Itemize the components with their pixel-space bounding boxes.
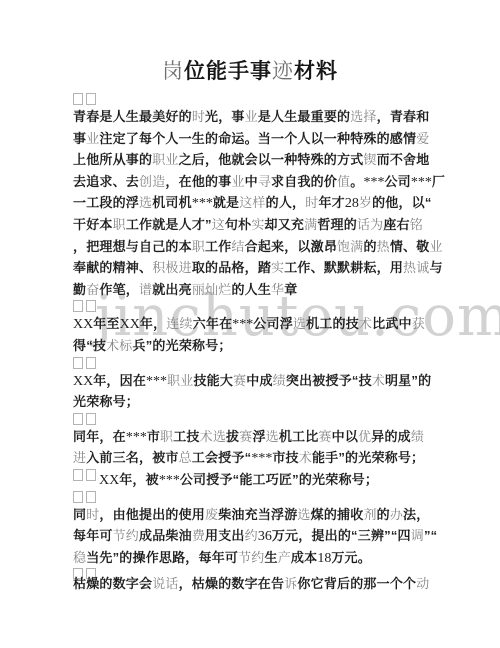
text-segment-light: 赛 [233, 373, 246, 388]
text-segment: 机工比 [279, 429, 319, 444]
text-segment-light: 选 [139, 195, 152, 210]
text-segment: 每年可 [73, 528, 113, 543]
text-line: XX年，因在***职业技能大赛中成绩突出被授予“技术明星”的 [73, 370, 435, 392]
latin-text: XX [99, 473, 119, 488]
text-line: ，把理想与自己的本职工作结合起来，以激昂饱满的热情、敬业 [73, 236, 435, 258]
text-segment: 的 [377, 507, 390, 522]
text-line: 每年可节约成品柴油费用支出约36万元，提出的“三辨”“四调”“ [73, 525, 435, 547]
text-segment: ，由他提出的使用 [99, 507, 205, 522]
text-line: 去追求、去创造，在他的事业中寻求自我的价值。***公司***厂 [73, 171, 435, 193]
placeholder-line [73, 300, 435, 313]
text-segment: 柴油充当浮游 [218, 507, 297, 522]
text-segment-light: 热诚 [403, 260, 429, 275]
text-segment-light: 赛 [239, 429, 252, 444]
text-segment: 机工的技 [306, 316, 359, 331]
placeholder-line [73, 93, 435, 106]
text-segment-light: 绩 [273, 373, 286, 388]
text-segment: 材料 [294, 60, 338, 83]
text-segment-light: 职业 [167, 373, 193, 388]
latin-text: 18 [317, 551, 331, 566]
text-segment: 一工段的浮 [73, 195, 139, 210]
text-segment-light: 总 [179, 450, 192, 465]
text-segment: ，把理想与自己的本 [73, 239, 192, 254]
text-segment: 36万元，提出的“三辨”“四 [258, 528, 411, 543]
text-segment: ，在他的事 [165, 174, 231, 189]
text-segment-light: 实 [271, 260, 284, 275]
text-segment-light: 华 [271, 282, 284, 297]
text-segment: 用支出 [205, 528, 245, 543]
text-segment: 当先”的操作思路，每年可 [86, 550, 238, 565]
text-segment: 入前三名，被市 [86, 450, 178, 465]
placeholder-box [73, 413, 83, 425]
text-line: 进入前三名，被市总工会授予“***市技术能手”的光荣称号； [73, 447, 435, 469]
text-segment: 之后，他就会以一种特殊的方式 [179, 152, 364, 167]
text-segment: 工作就是人才” [126, 217, 212, 232]
text-segment-light: 调 [411, 528, 424, 543]
latin-text: *** [411, 175, 432, 190]
document-body: 青春是人生最美好的时光，事业是人生最重要的选择，青春和事业注定了每个人一生的命运… [73, 93, 435, 595]
text-segment: 与 [429, 260, 442, 275]
text-segment-light: 奋 [86, 282, 99, 297]
text-segment: 枯燥的数字会 [73, 576, 152, 591]
text-line: 事业注定了每个人一生的命运。当一个人以一种特殊的感情爱 [73, 128, 435, 150]
text-segment: 位能手事 [184, 60, 272, 83]
text-segment-light: 诉 [284, 576, 297, 591]
text-segment: 干好本 [73, 217, 113, 232]
document-title: 岗位能手事迹材料 [0, 55, 500, 85]
text-segment-light: 值 [337, 174, 350, 189]
document-page: jinchutou.com 岗位能手事迹材料 青春是人生最美好的时光，事业是人生… [0, 0, 500, 648]
text-segment-light: 术标 [106, 338, 132, 353]
text-segment-light: 选 [266, 429, 279, 444]
text-segment-light: 术 [299, 450, 312, 465]
text-segment-light: 赛 [318, 429, 331, 444]
text-segment: 章 [284, 282, 297, 297]
text-segment: 取的品格，踏 [192, 260, 271, 275]
text-segment: ”“ [424, 528, 437, 543]
text-segment: XX年，因在*** [73, 373, 167, 388]
latin-text: 28 [345, 196, 359, 211]
text-segment-light: 连续 [166, 316, 192, 331]
text-segment: 法， [403, 507, 429, 522]
text-segment-light: 职 [192, 239, 205, 254]
text-segment: 而不舍地 [377, 152, 430, 167]
text-segment-light: 说话 [152, 576, 178, 591]
text-segment: 。***公司***厂 [350, 174, 445, 189]
text-line: 一工段的浮选机司机***就是这样的人，时年才28岁的他，以“ [73, 192, 435, 214]
text-segment-light: 结 [231, 239, 244, 254]
text-segment-light: 废 [205, 507, 218, 522]
text-segment-light: 选择 [350, 109, 376, 124]
text-segment-light: 节约 [113, 528, 139, 543]
text-segment: 比武中 [372, 316, 412, 331]
latin-text: *** [159, 473, 180, 488]
text-segment-light: 爱 [416, 131, 429, 146]
text-segment-light: 业 [429, 239, 442, 254]
latin-text: XX [73, 317, 93, 332]
placeholder-box [73, 93, 83, 105]
text-segment: 突出被授予“技 [286, 373, 372, 388]
text-segment-light: 职 [113, 217, 126, 232]
latin-text: *** [146, 374, 167, 389]
placeholder-box [86, 93, 96, 105]
text-segment-light: 创造 [139, 174, 165, 189]
text-segment: 的 [363, 239, 376, 254]
text-segment-light: 约 [245, 528, 258, 543]
text-segment-light: 时 [86, 507, 99, 522]
text-segment-light: 话为 [357, 217, 383, 232]
text-segment-light: 这 [212, 217, 225, 232]
text-segment: 煤的捕收 [311, 507, 364, 522]
placeholder-box [86, 469, 96, 481]
text-segment-light: 稳 [73, 550, 86, 565]
text-segment: 注定了每个人一生的命运。当一个人以一种特殊的感情 [99, 131, 416, 146]
text-line: 枯燥的数字会说话，枯燥的数字在告诉你它背后的那一个个动 [73, 573, 435, 595]
text-segment: 上他所从事的 [73, 152, 152, 167]
text-segment: 奉献的精神、 [73, 260, 152, 275]
text-segment: 工技 [173, 429, 199, 444]
text-segment: 的他，以“ [372, 195, 432, 210]
text-segment-light: 业 [86, 131, 99, 146]
text-segment-light: 优 [358, 429, 371, 444]
text-segment: 座右 [383, 217, 409, 232]
text-segment: 浮 [252, 429, 265, 444]
text-segment: ，青春和 [377, 109, 430, 124]
text-segment-light: 迹 [272, 60, 294, 83]
text-segment-light: 岗 [162, 60, 184, 83]
text-line: 得“技术标兵”的光荣称号； [73, 335, 435, 357]
text-segment-light: 岁 [359, 195, 372, 210]
text-segment: 勤 [73, 282, 86, 297]
latin-text: *** [126, 430, 147, 445]
text-segment-light: 饱满 [337, 239, 363, 254]
text-segment-light: 积极进 [152, 260, 192, 275]
text-segment: 明星”的 [385, 373, 431, 388]
text-segment: 中以 [332, 429, 358, 444]
text-segment: 合起来，以激昂 [245, 239, 337, 254]
text-segment: 工会授予“***市技 [192, 450, 299, 465]
text-segment: ，枯燥的数字在告 [179, 576, 285, 591]
text-line: 光荣称号； [73, 391, 435, 413]
text-segment: 中成 [246, 373, 272, 388]
text-segment-light: 寻 [258, 174, 271, 189]
text-line: 上他所从事的职业之后，他就会以一种特殊的方式锲而不舍地 [73, 149, 435, 171]
text-line: XX年至XX年，连续六年在***公司浮选机工的技术比武中获 [73, 313, 435, 335]
placeholder-box [86, 300, 96, 312]
text-segment: 成品柴油 [139, 528, 192, 543]
latin-text: *** [192, 196, 213, 211]
text-segment: 你它背后的那一个个 [297, 576, 416, 591]
text-segment-light: 绩 [411, 429, 424, 444]
text-segment-light: 选 [293, 316, 306, 331]
text-segment-light: 动 [416, 576, 429, 591]
text-segment: 青春是人生最美好的 [73, 109, 192, 124]
text-line: 勤奋作笔，谱就出亮丽灿烂的人生华章 [73, 279, 435, 301]
text-segment-light: 术选 [200, 429, 226, 444]
text-segment-light: 获 [412, 316, 425, 331]
placeholder-line [73, 491, 435, 504]
text-segment-light: 业 [245, 109, 258, 124]
text-segment-light: 术 [372, 373, 385, 388]
text-line: 青春是人生最美好的时光，事业是人生最重要的选择，青春和 [73, 106, 435, 128]
text-segment: 却又充 [265, 217, 305, 232]
text-segment-light: 时 [192, 109, 205, 124]
text-segment: 兵”的光荣称号； [133, 338, 232, 353]
text-segment-light: 铭 [410, 217, 423, 232]
text-segment-light: 锲 [363, 152, 376, 167]
text-segment-light: 实 [251, 217, 264, 232]
placeholder-box [86, 357, 96, 369]
latin-text: XX [120, 317, 140, 332]
placeholder-box [86, 413, 96, 425]
text-segment-light: 时 [305, 195, 318, 210]
text-segment: 能手”的光荣称号； [312, 450, 424, 465]
latin-text: XX [73, 374, 93, 389]
text-segment: 光，事 [205, 109, 245, 124]
text-segment-light: 术 [359, 316, 372, 331]
text-segment-light: 办 [390, 507, 403, 522]
text-segment: 工作、默默耕耘，用 [284, 260, 403, 275]
text-segment: 句朴 [225, 217, 251, 232]
text-segment: 是人生最重要的 [258, 109, 350, 124]
text-line: 同时，由他提出的使用废柴油充当浮游选煤的捕收剂的办法， [73, 504, 435, 526]
placeholder-box [73, 469, 83, 481]
text-segment: 拔 [226, 429, 239, 444]
text-segment: 成本18万元。 [291, 550, 371, 565]
latin-text: *** [363, 175, 384, 190]
text-segment: 六年在***公司浮 [193, 316, 293, 331]
text-segment-light: 职 [160, 429, 173, 444]
text-segment-light: 这样 [239, 195, 265, 210]
text-segment: 同 [73, 507, 86, 522]
text-segment: XX年，被***公司授予“能工巧匠”的光荣称号； [99, 472, 378, 487]
placeholder-box [86, 491, 96, 503]
text-segment: 中 [245, 174, 258, 189]
text-segment: 事 [73, 131, 86, 146]
placeholder-box [73, 491, 83, 503]
text-line: 奉献的精神、积极进取的品格，踏实工作、默默耕耘，用热诚与 [73, 257, 435, 279]
text-segment-light: 职业 [152, 152, 178, 167]
text-line: XX年，被***公司授予“能工巧匠”的光荣称号； [73, 469, 435, 491]
placeholder-line [73, 413, 435, 426]
text-segment: 去追求、去 [73, 174, 139, 189]
text-segment: 工作 [205, 239, 231, 254]
text-segment-light: 满 [304, 217, 317, 232]
text-segment-light: 谱 [139, 282, 152, 297]
placeholder-box [73, 300, 83, 312]
placeholder-line [73, 357, 435, 370]
text-segment: XX年至XX年， [73, 316, 166, 331]
text-segment: 的人生 [231, 282, 271, 297]
text-segment-light: 热 [377, 239, 390, 254]
text-segment: 作笔， [99, 282, 139, 297]
text-segment: 情、敬 [390, 239, 430, 254]
text-line: 稳当先”的操作思路，每年可节约生产成本18万元。 [73, 547, 435, 569]
text-segment: 的人， [266, 195, 306, 210]
latin-text: *** [232, 317, 253, 332]
text-segment: 年才28 [318, 195, 358, 210]
text-segment: 哲理的 [317, 217, 357, 232]
text-segment: 机司机***就是 [152, 195, 239, 210]
text-segment-light: 进 [73, 450, 86, 465]
text-segment-light: 费 [192, 528, 205, 543]
latin-text: 36 [258, 529, 272, 544]
latin-text: *** [251, 451, 272, 466]
text-segment: 技能大 [193, 373, 233, 388]
text-segment: 得“技 [73, 338, 106, 353]
text-segment: 光荣称号； [73, 394, 139, 409]
text-segment-light: 剂 [363, 507, 376, 522]
text-segment: 同年，在***市 [73, 429, 160, 444]
placeholder-box [73, 357, 83, 369]
text-segment-light: 丽灿烂 [192, 282, 232, 297]
text-segment: 就出亮 [152, 282, 192, 297]
text-segment: 求自我的价 [271, 174, 337, 189]
text-segment: 异的成 [371, 429, 411, 444]
text-line: 干好本职工作就是人才”这句朴实却又充满哲理的话为座右铭 [73, 214, 435, 236]
text-segment: 生 [265, 550, 278, 565]
text-line: 同年，在***市职工技术选拔赛浮选机工比赛中以优异的成绩 [73, 426, 435, 448]
text-segment-light: 业 [231, 174, 244, 189]
text-segment-light: 产 [278, 550, 291, 565]
text-segment-light: 节约 [238, 550, 264, 565]
text-segment-light: 选 [297, 507, 310, 522]
